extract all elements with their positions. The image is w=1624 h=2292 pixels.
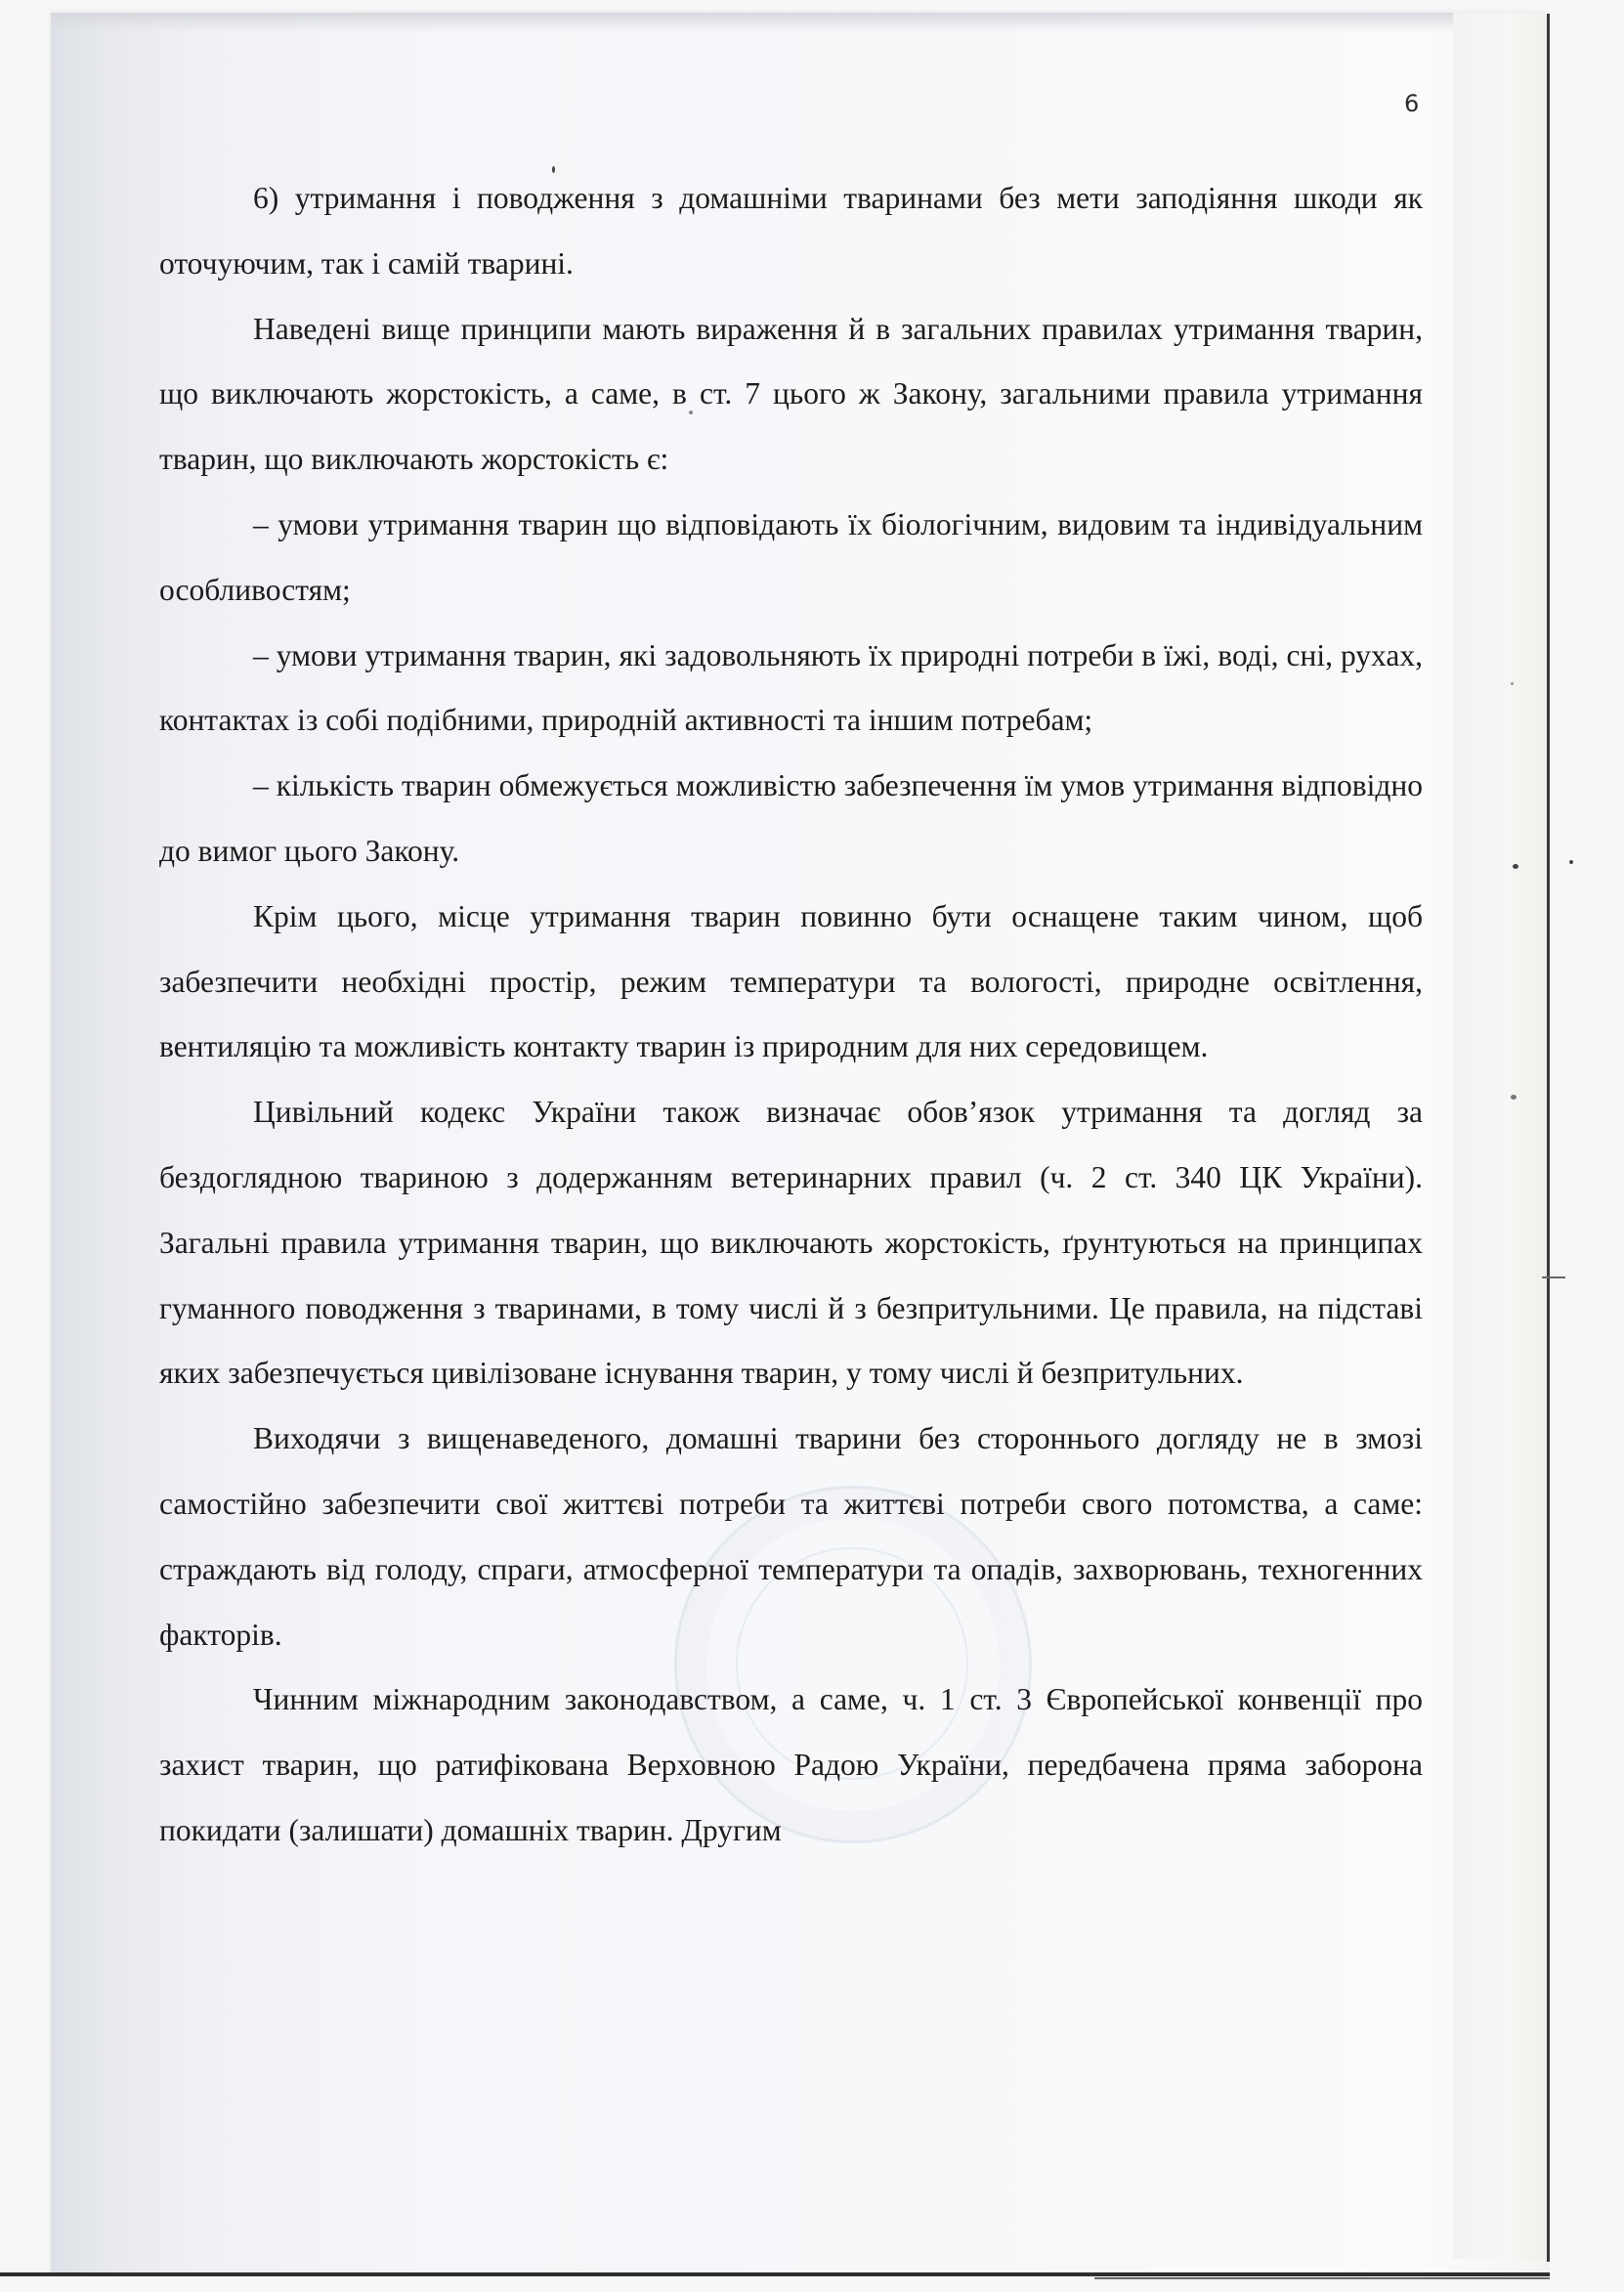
paragraph-conclusion: Виходячи з вищенаведеного, домашні твари… xyxy=(159,1406,1423,1667)
list-item-animal-count: – кількість тварин обмежується можливіст… xyxy=(159,754,1423,885)
page-bottom-border xyxy=(0,2272,1550,2276)
page-edge-shadow xyxy=(1453,13,1546,2259)
speck xyxy=(1511,682,1514,685)
page-bottom-border-secondary xyxy=(1094,2277,1550,2279)
list-item-natural-needs: – умови утримання тварин, які задовольня… xyxy=(159,624,1423,755)
page-right-border xyxy=(1547,14,1550,2262)
speck xyxy=(1513,864,1518,869)
document-body: 6) утримання і поводження з домашніми тв… xyxy=(159,166,1423,1864)
list-item-biological-conditions: – умови утримання тварин що відповідають… xyxy=(159,493,1423,624)
speck xyxy=(1511,1095,1517,1100)
speck xyxy=(1542,1276,1565,1278)
page-number: 6 xyxy=(1404,90,1419,117)
speck xyxy=(1569,860,1573,864)
paragraph-general-rules: Наведені вище принципи мають вираження й… xyxy=(159,297,1423,493)
paragraph-civil-code: Цивільний кодекс України також визначає … xyxy=(159,1080,1423,1406)
paragraph-european-convention: Чинним міжнародним законодавством, а сам… xyxy=(159,1667,1423,1863)
paragraph-item-6: 6) утримання і поводження з домашніми тв… xyxy=(159,166,1423,297)
paragraph-housing-place: Крім цього, місце утримання тварин повин… xyxy=(159,885,1423,1080)
